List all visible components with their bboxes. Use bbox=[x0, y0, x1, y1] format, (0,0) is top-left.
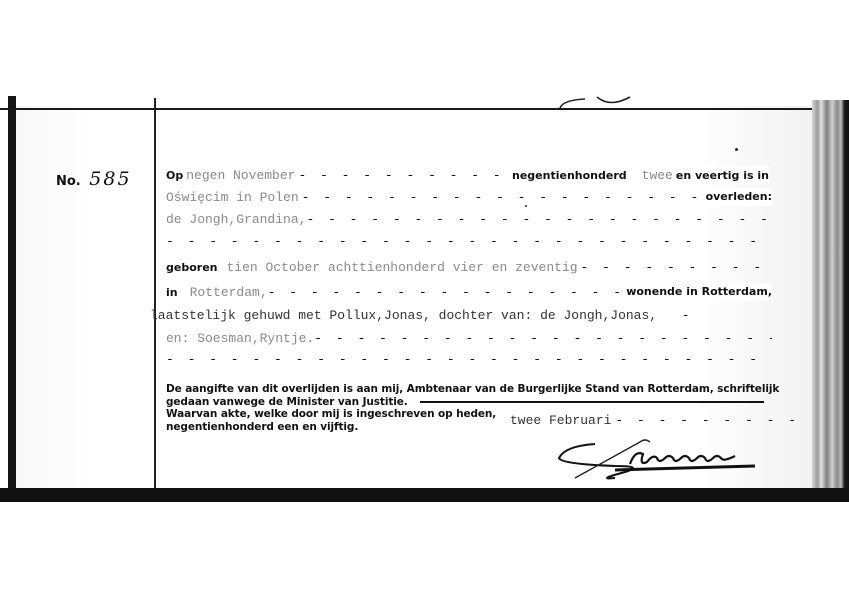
death-date-typed: negen November bbox=[186, 168, 295, 183]
fill-dashes: - - - - - - - - - - - - - - - - - - - - … bbox=[166, 234, 772, 249]
birth-date-typed: tien October achttienhonderd vier en zev… bbox=[226, 260, 577, 275]
page-stack-edge bbox=[812, 100, 849, 492]
bottom-binding-edge bbox=[0, 488, 849, 502]
label-overleden: overleden: bbox=[700, 188, 772, 206]
year-typed: twee bbox=[642, 168, 673, 183]
ink-speck bbox=[525, 205, 527, 207]
fill-dashes: - - - - - - - - - - - - - - - - - - - - … bbox=[306, 212, 772, 227]
record-line-blank-2: - - - - - - - - - - - - - - - - - - - - … bbox=[166, 350, 772, 368]
left-binding-edge bbox=[8, 96, 16, 500]
entry-number: No. 585 bbox=[56, 168, 132, 190]
record-line-place-of-death: Oświęcim in Polen - - - - - - - - - - - … bbox=[166, 188, 772, 206]
label-geboren: geboren bbox=[166, 261, 217, 274]
fill-dashes: - - - - - - - - - - - - - - - - - - - - … bbox=[166, 352, 772, 367]
record-line-mother: en: Soesman,Ryntje.- - - - - - - - - - -… bbox=[166, 329, 772, 347]
label-in: in bbox=[166, 286, 178, 299]
declaration-line-1: De aangifte van dit overlijden is aan mi… bbox=[166, 383, 766, 396]
record-line-deceased-name: de Jongh,Grandina,- - - - - - - - - - - … bbox=[166, 210, 772, 228]
label-wonende-in-rotterdam: wonende in Rotterdam, bbox=[620, 283, 772, 301]
label-op: Op bbox=[166, 169, 183, 182]
fill-dashes: - - - - - - - - - - - - - - - - - - - - … bbox=[314, 331, 772, 346]
declaration-line-2-wrap: gedaan vanwege de Minister van Justitie. bbox=[166, 396, 766, 409]
mother-name-typed: en: Soesman,Ryntje. bbox=[166, 331, 314, 346]
fill-dashes: - - - - - - - - - - - - bbox=[581, 260, 772, 275]
declaration-rule bbox=[420, 401, 764, 403]
record-line-spouse-parents: laatstelijk gehuwd met Pollux,Jonas, doc… bbox=[150, 306, 772, 324]
death-place-typed: Oświęcim in Polen bbox=[166, 190, 299, 205]
ink-speck bbox=[735, 148, 738, 151]
record-line-date-of-death: Op negen November - - - - - - - - - - - … bbox=[166, 166, 772, 184]
fill-dashes: - bbox=[660, 308, 692, 323]
entry-number-label: No. bbox=[56, 174, 81, 189]
registration-date: twee Februari - - - - - - - - - bbox=[510, 411, 799, 429]
top-rule bbox=[0, 108, 812, 110]
entry-number-value: 585 bbox=[89, 168, 131, 190]
fill-dashes: - - - - - - - - - bbox=[615, 413, 799, 428]
registrar-signature bbox=[555, 436, 765, 486]
year-segment: negentienhonderd twee en veertig is in bbox=[512, 166, 769, 184]
pen-mark bbox=[555, 94, 645, 110]
record-line-birth-place: in Rotterdam,- - - - - - - - - - - - - -… bbox=[166, 283, 772, 301]
registration-date-typed: twee Februari bbox=[510, 413, 611, 428]
label-en-veertig-is-in: en veertig is in bbox=[676, 169, 769, 182]
declaration-line-2: gedaan vanwege de Minister van Justitie. bbox=[166, 396, 408, 408]
record-line-birth-date: geboren tien October achttienhonderd vie… bbox=[166, 258, 772, 276]
column-divider bbox=[154, 98, 156, 491]
birth-place-typed: Rotterdam, bbox=[190, 285, 268, 300]
record-line-blank: - - - - - - - - - - - - - - - - - - - - … bbox=[166, 232, 772, 250]
spouse-parents-typed: laatstelijk gehuwd met Pollux,Jonas, doc… bbox=[150, 308, 657, 323]
deceased-name-typed: de Jongh,Grandina, bbox=[166, 212, 306, 227]
label-negentienhonderd: negentienhonderd bbox=[512, 169, 627, 182]
